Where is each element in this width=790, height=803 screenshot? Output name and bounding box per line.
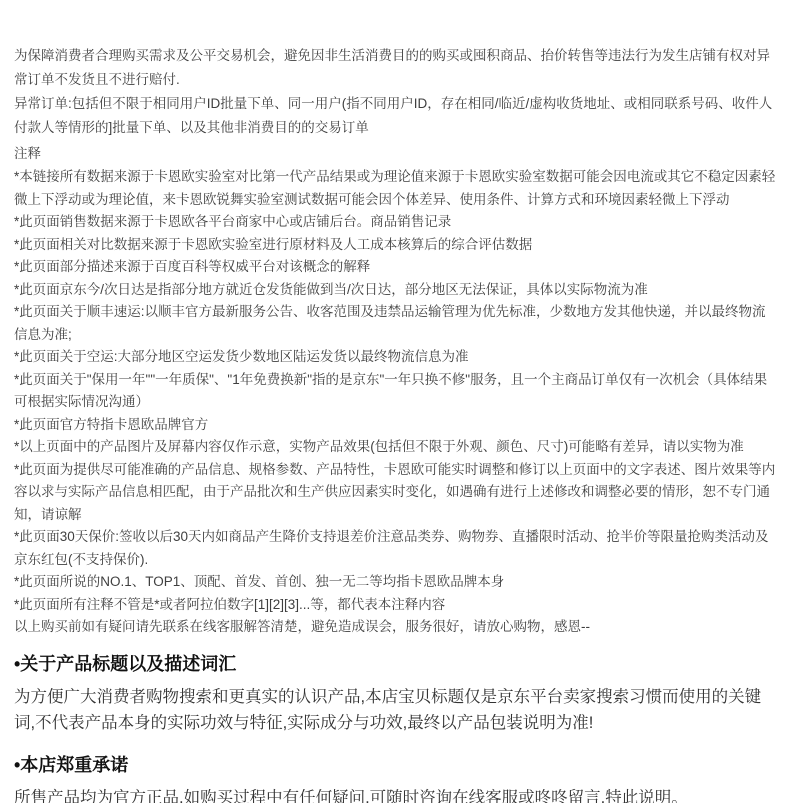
section-body-title-keywords: 为方便广大消费者购物搜索和更真实的认识产品,本店宝贝标题仅是京东平台卖家搜索习惯… [14, 684, 778, 736]
note-item: *此页面所说的NO.1、TOP1、顶配、首发、首创、独一无二等均指卡恩欧品牌本身 [14, 571, 778, 594]
product-disclaimer-page: 为保障消费者合理购买需求及公平交易机会，避免因非生活消费目的的购买或囤积商品、抬… [0, 0, 790, 803]
note-item: *以上页面中的产品图片及屏幕内容仅作示意，实物产品效果(包括但不限于外观、颜色、… [14, 436, 778, 459]
note-item: *此页面关于顺丰速运:以顺丰官方最新服务公告、收客范围及违禁品运输管理为优先标准… [14, 301, 778, 346]
section-heading-title-keywords: •关于产品标题以及描述词汇 [14, 652, 778, 676]
note-item: *此页面关于空运:大部分地区空运发货少数地区陆运发货以最终物流信息为准 [14, 346, 778, 369]
closing-line: 以上购买前如有疑问请先联系在线客服解答清楚，避免造成误会，服务很好，请放心购物，… [14, 616, 778, 639]
section-heading-promise: •本店郑重承诺 [14, 753, 778, 777]
abnormal-order-policy-intro: 为保障消费者合理购买需求及公平交易机会，避免因非生活消费目的的购买或囤积商品、抬… [14, 44, 778, 92]
note-item: *此页面官方特指卡恩欧品牌官方 [14, 414, 778, 437]
note-item: *此页面相关对比数据来源于卡恩欧实验室进行原材料及人工成本核算后的综合评估数据 [14, 234, 778, 257]
note-item: *本链接所有数据来源于卡恩欧实验室对比第一代产品结果或为理论值来源于卡恩欧实验室… [14, 166, 778, 211]
note-item: *此页面所有注释不管是*或者阿拉伯数字[1][2][3]...等，都代表本注释内… [14, 594, 778, 617]
notes-list: *本链接所有数据来源于卡恩欧实验室对比第一代产品结果或为理论值来源于卡恩欧实验室… [14, 166, 778, 616]
notes-title: 注释 [14, 142, 778, 166]
note-item: *此页面30天保价:签收以后30天内如商品产生降价支持退差价注意品类券、购物券、… [14, 526, 778, 571]
note-item: *此页面销售数据来源于卡恩欧各平台商家中心或店铺后台。商品销售记录 [14, 211, 778, 234]
note-item: *此页面京东今/次日达是指部分地方就近仓发货能做到当/次日达，部分地区无法保证，… [14, 279, 778, 302]
note-item: *此页面部分描述来源于百度百科等权威平台对该概念的解释 [14, 256, 778, 279]
section-body-promise: 所售产品均为官方正品,如购买过程中有任何疑问,可随时咨询在线客服或咚咚留言,特此… [14, 785, 778, 803]
note-item: *此页面关于"保用一年""一年质保"、"1年免费换新"指的是京东"一年只换不修"… [14, 369, 778, 414]
abnormal-order-definition: 异常订单:包括但不限于相同用户ID批量下单、同一用户(指不同用户ID，存在相同/… [14, 92, 778, 140]
note-item: *此页面为提供尽可能准确的产品信息、规格参数、产品特性，卡恩欧可能实时调整和修订… [14, 459, 778, 527]
